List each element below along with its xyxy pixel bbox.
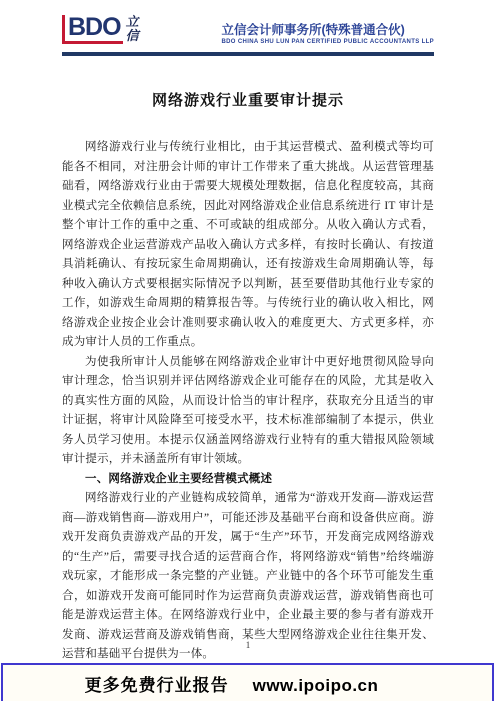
calligraphy-char-top: 立 <box>126 16 139 30</box>
footer-promo-label: 更多免费行业报告 <box>85 671 229 696</box>
footer-url-link[interactable]: www.ipoipo.cn <box>253 676 379 696</box>
body-paragraph-3: 网络游戏行业的产业链构成较简单，通常为“游戏开发商—游戏运营商—游戏销售商—游戏… <box>62 489 434 665</box>
header-divider-rule <box>62 52 434 56</box>
page-number: 1 <box>0 640 496 650</box>
header: BDO 立 信 立信会计师事务所(特殊普通合伙) BDO CHINA SHU L… <box>0 0 496 45</box>
document-page: BDO 立 信 立信会计师事务所(特殊普通合伙) BDO CHINA SHU L… <box>0 0 496 701</box>
lixin-calligraphy-mark: 立 信 <box>126 16 139 44</box>
company-name-block: 立信会计师事务所(特殊普通合伙) BDO CHINA SHU LUN PAN C… <box>221 15 434 45</box>
body-paragraph-1: 网络游戏行业与传统行业相比，由于其运营模式、盈利模式等均可能各不相同，对注册会计… <box>62 138 434 353</box>
calligraphy-char-bottom: 信 <box>126 30 139 44</box>
company-name-english: BDO CHINA SHU LUN PAN CERTIFIED PUBLIC A… <box>221 39 434 45</box>
footer-text: 更多免费行业报告 www.ipoipo.cn <box>85 671 379 696</box>
section-heading-1: 一、网络游戏企业主要经营模式概述 <box>62 470 434 490</box>
bdo-logo-text: BDO <box>62 15 123 44</box>
document-body: 网络游戏行业与传统行业相比，由于其运营模式、盈利模式等均可能各不相同，对注册会计… <box>0 138 496 701</box>
document-title: 网络游戏行业重要审计提示 <box>0 89 496 110</box>
company-name-chinese: 立信会计师事务所(特殊普通合伙) <box>221 23 434 37</box>
body-paragraph-2: 为使我所审计人员能够在网络游戏企业审计中更好地贯彻风险导向审计理念，恰当识别并评… <box>62 353 434 470</box>
footer-banner: 更多免费行业报告 www.ipoipo.cn <box>1 663 494 701</box>
bdo-logo: BDO 立 信 <box>62 15 139 44</box>
